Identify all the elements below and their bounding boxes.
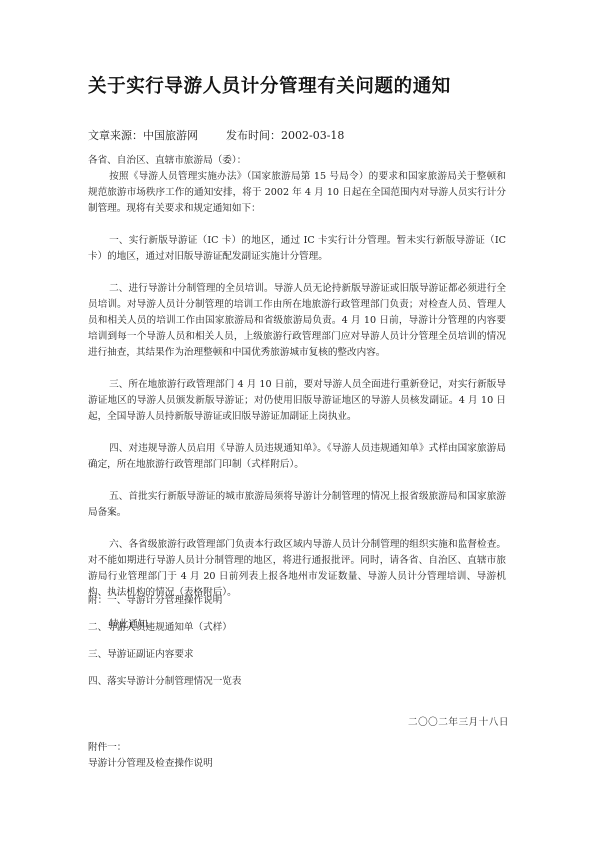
signature-date: 二〇〇二年三月十八日 (408, 714, 509, 728)
annex-label: 附件一： (88, 740, 213, 756)
item-paragraph-4: 四、对违规导游人员启用《导游人员违规通知单》。《导游人员违规通知单》式样由国家旅… (88, 441, 506, 473)
item-paragraph-1: 一、实行新版导游证（IC 卡）的地区，通过 IC 卡实行计分管理。暂未实行新版导… (88, 233, 506, 265)
annex-block: 附件一： 导游计分管理及检查操作说明 (88, 740, 213, 772)
item-paragraph-3: 三、所在地旅游行政管理部门 4 月 10 日前，要对导游人员全面进行重新登记，对… (88, 377, 506, 425)
intro-paragraph: 按照《导游人员管理实施办法》（国家旅游局第 15 号局令）的要求和国家旅游局关于… (88, 169, 506, 217)
item-paragraph-2: 二、进行导游计分制管理的全员培训。导游人员无论持新版导游证或旧版导游证都必须进行… (88, 281, 506, 361)
article-source: 文章来源：中国旅游网 (88, 129, 198, 142)
attachment-item-2: 二、导游人员违规通知单（式样） (88, 619, 232, 633)
salutation: 各省、自治区、直辖市旅游局（委）： (88, 153, 506, 169)
attachment-item-4: 四、落实导游计分制管理情况一览表 (88, 673, 242, 687)
publish-date: 发布时间：2002-03-18 (226, 129, 344, 142)
attachment-item-3: 三、导游证副证内容要求 (88, 646, 194, 660)
item-paragraph-5: 五、首批实行新版导游证的城市旅游局须将导游计分制管理的情况上报省级旅游局和国家旅… (88, 489, 506, 521)
document-body: 各省、自治区、直辖市旅游局（委）： 按照《导游人员管理实施办法》（国家旅游局第 … (88, 153, 506, 633)
attachment-item-1: 附：一、导游计分管理操作说明 (88, 592, 222, 606)
document-title: 关于实行导游人员计分管理有关问题的通知 (88, 72, 548, 98)
article-meta: 文章来源：中国旅游网发布时间：2002-03-18 (88, 127, 344, 143)
annex-title: 导游计分管理及检查操作说明 (88, 756, 213, 772)
